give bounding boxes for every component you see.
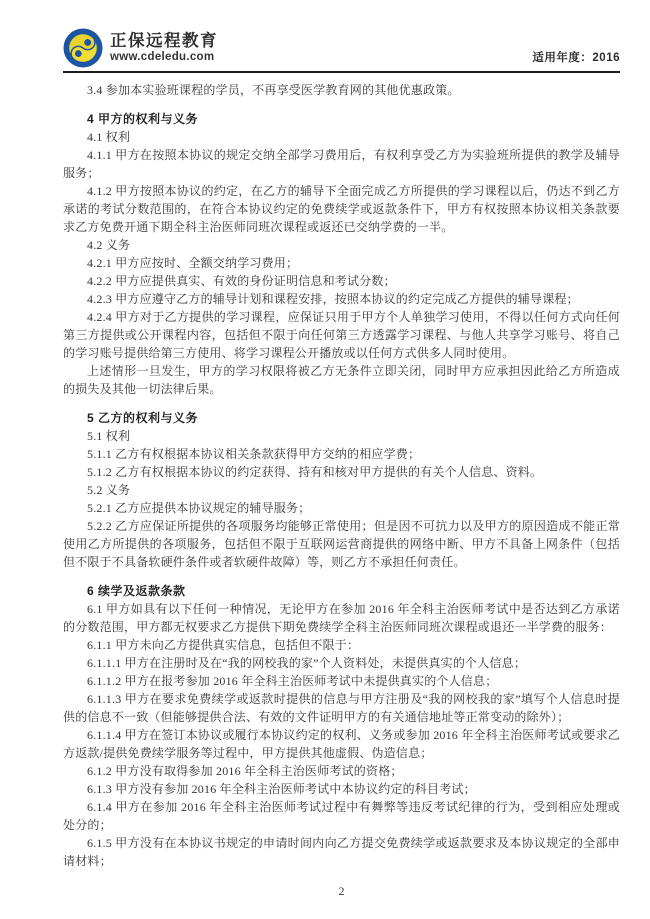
paragraph: 6.1 甲方如具有以下任何一种情况，无论甲方在参加 2016 年全科主治医师考试… <box>63 600 620 636</box>
header-divider <box>63 71 620 73</box>
paragraph: 4.1 权利 <box>63 128 620 146</box>
paragraph: 6.1.1 甲方未向乙方提供真实信息，包括但不限于： <box>63 636 620 654</box>
brand-url: www.cdeledu.com <box>110 51 218 64</box>
page-header: 正保远程教育 www.cdeledu.com 适用年度：2016 <box>63 28 620 68</box>
paragraph: 4.2.1 甲方应按时、全额交纳学习费用； <box>63 254 620 272</box>
paragraph: 6.1.4 甲方在参加 2016 年全科主治医师考试过程中有舞弊等违反考试纪律的… <box>63 798 620 834</box>
paragraph: 4.1.1 甲方在按照本协议的规定交纳全部学习费用后，有权利享受乙方为实验班所提… <box>63 146 620 182</box>
brand-name: 正保远程教育 <box>110 32 218 51</box>
paragraph: 4.1.2 甲方按照本协议的约定，在乙方的辅导下全面完成乙方所提供的学习课程以后… <box>63 182 620 236</box>
paragraph: 6.1.5 甲方没有在本协议书规定的申请时间内向乙方提交免费续学或返款要求及本协… <box>63 834 620 870</box>
page-number: 2 <box>63 884 620 899</box>
brand: 正保远程教育 www.cdeledu.com <box>63 28 218 68</box>
paragraph: 5.2.2 乙方应保证所提供的各项服务均能够正常使用；但是因不可抗力以及甲方的原… <box>63 517 620 571</box>
paragraph: 6.1.3 甲方没有参加 2016 年全科主治医师考试中本协议约定的科目考试； <box>63 780 620 798</box>
paragraph: 4.2 义务 <box>63 236 620 254</box>
brand-logo-swirl-icon <box>63 28 103 68</box>
paragraph: 5.1 权利 <box>63 427 620 445</box>
section-heading: 6 续学及返款条款 <box>63 582 620 600</box>
paragraph: 5.1.2 乙方有权根据本协议的约定获得、持有和核对甲方提供的有关个人信息、资料… <box>63 463 620 481</box>
paragraph: 5.2.1 乙方应提供本协议规定的辅导服务； <box>63 499 620 517</box>
document-body: 3.4 参加本实验班课程的学员，不再享受医学教育网的其他优惠政策。4 甲方的权利… <box>63 81 620 870</box>
paragraph: 4.2.3 甲方应遵守乙方的辅导计划和课程安排，按照本协议的约定完成乙方提供的辅… <box>63 290 620 308</box>
applicable-year-label: 适用年度：2016 <box>532 49 620 68</box>
document-page: 正保远程教育 www.cdeledu.com 适用年度：2016 3.4 参加本… <box>0 0 650 919</box>
section-heading: 4 甲方的权利与义务 <box>63 110 620 128</box>
paragraph: 3.4 参加本实验班课程的学员，不再享受医学教育网的其他优惠政策。 <box>63 81 620 99</box>
paragraph: 6.1.1.2 甲方在报考参加 2016 年全科主治医师考试中未提供真实的个人信… <box>63 672 620 690</box>
paragraph: 6.1.1.3 甲方在要求免费续学或返款时提供的信息与甲方注册及“我的网校我的家… <box>63 690 620 726</box>
paragraph: 6.1.2 甲方没有取得参加 2016 年全科主治医师考试的资格； <box>63 762 620 780</box>
paragraph: 4.2.4 甲方对于乙方提供的学习课程，应保证只用于甲方个人单独学习使用，不得以… <box>63 308 620 362</box>
paragraph: 6.1.1.1 甲方在注册时及在“我的网校我的家”个人资料处，未提供真实的个人信… <box>63 654 620 672</box>
paragraph: 5.2 义务 <box>63 481 620 499</box>
paragraph: 上述情形一旦发生，甲方的学习权限将被乙方无条件立即关闭，同时甲方应承担因此给乙方… <box>63 362 620 398</box>
paragraph: 6.1.1.4 甲方在签订本协议或履行本协议约定的权利、义务或参加 2016 年… <box>63 726 620 762</box>
paragraph: 5.1.1 乙方有权根据本协议相关条款获得甲方交纳的相应学费； <box>63 445 620 463</box>
section-heading: 5 乙方的权利与义务 <box>63 409 620 427</box>
brand-text: 正保远程教育 www.cdeledu.com <box>110 32 218 64</box>
paragraph: 4.2.2 甲方应提供真实、有效的身份证明信息和考试分数； <box>63 272 620 290</box>
